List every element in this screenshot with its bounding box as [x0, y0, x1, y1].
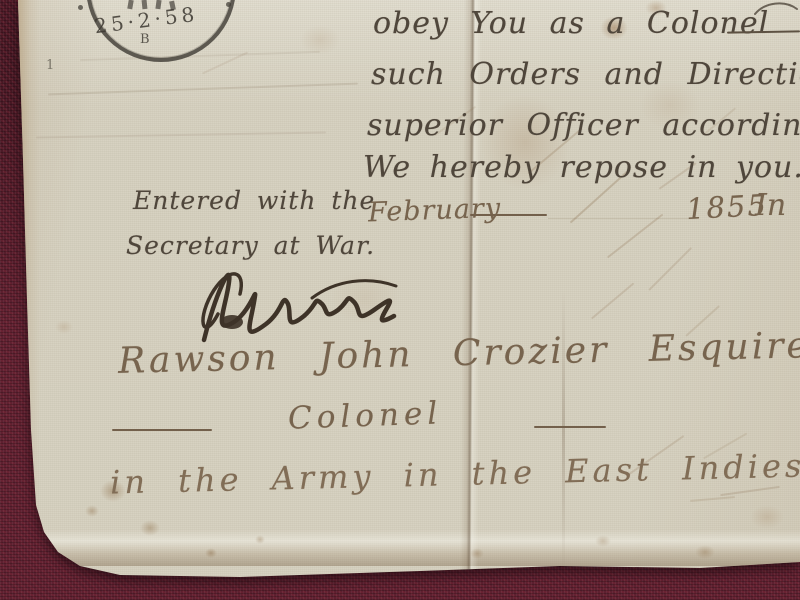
ruled-dash [112, 429, 212, 431]
stain [750, 505, 784, 529]
stain [255, 535, 265, 544]
stamp-cutoff-text [142, 0, 148, 9]
cutoff-letter-fragment [753, 0, 800, 16]
stain [595, 535, 611, 547]
printed-line-obey: obey You as a Colonel [373, 6, 769, 41]
stamp-dot-icon [78, 5, 83, 10]
horizontal-crease [36, 131, 326, 138]
paper-shadow-wrap: 25·2·58 B 1 obey You as a Colonel such O… [0, 0, 800, 600]
stamp-dot-icon [226, 2, 231, 7]
paper-left-edge [18, 0, 40, 580]
handwritten-rank: Colonel [287, 395, 442, 436]
handwritten-footer: in the Army in the East Indies [110, 447, 800, 502]
printed-entered-line: Entered with the [133, 186, 375, 215]
horizontal-crease [48, 83, 358, 96]
horizontal-crease [80, 51, 320, 61]
stain [85, 505, 99, 517]
stain [140, 520, 160, 536]
bleed-through-writing [690, 496, 735, 501]
faint-guide-line [548, 218, 688, 219]
stain [205, 548, 217, 558]
scratch-mark [607, 214, 663, 258]
printed-line-repose: We hereby repose in you. Gi [363, 150, 800, 185]
ruled-dash [470, 214, 547, 216]
pencil-mark: 1 [46, 58, 54, 73]
ruled-dash [534, 426, 606, 428]
scratch-mark [648, 247, 691, 290]
stain [695, 545, 715, 559]
bleed-through-writing [720, 486, 780, 496]
stain [470, 548, 484, 559]
printed-line-officer: superior Officer according [367, 108, 800, 143]
scratch-mark [591, 282, 634, 319]
stain [55, 320, 73, 334]
handwritten-year-fragment: In [755, 188, 786, 223]
stain [300, 25, 340, 55]
photograph-of-commission-document: 25·2·58 B 1 obey You as a Colonel such O… [0, 0, 800, 600]
date-stamp-letter: B [140, 32, 150, 47]
document-paper: 25·2·58 B 1 obey You as a Colonel such O… [0, 0, 800, 600]
printed-line-orders: such Orders and Direction [371, 57, 800, 92]
handwritten-month: February [367, 193, 501, 229]
